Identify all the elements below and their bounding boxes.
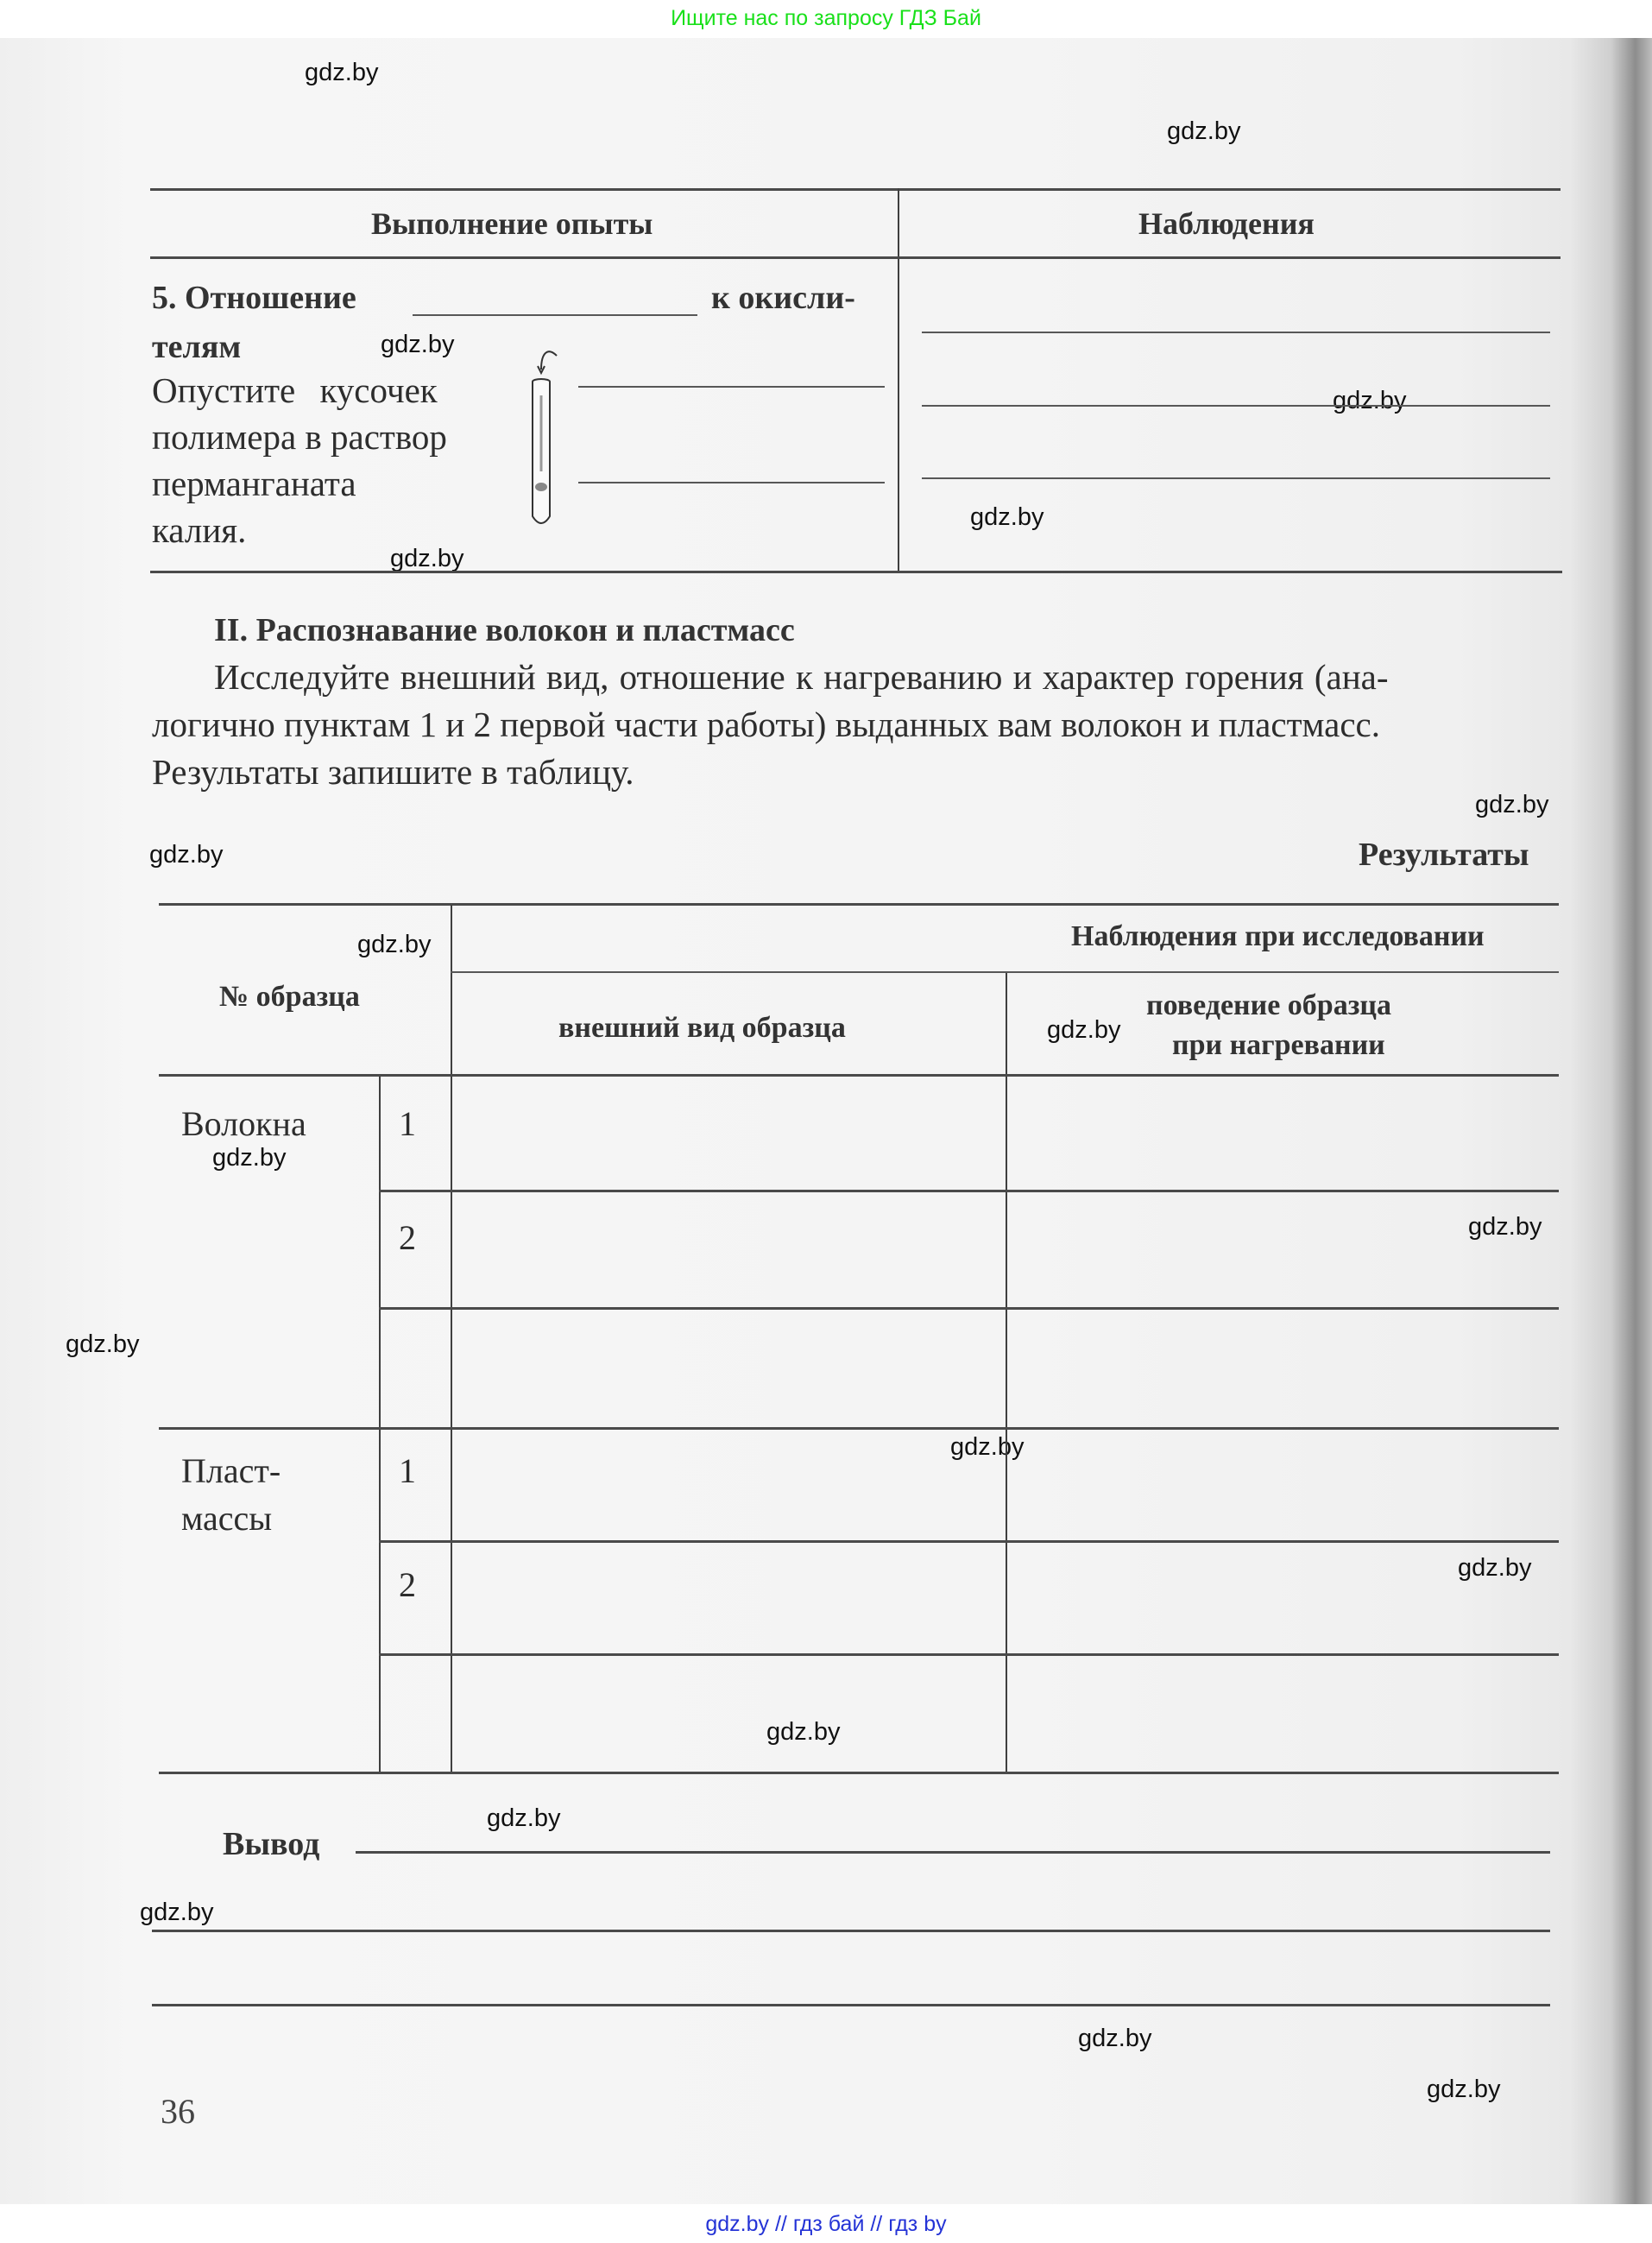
fill-in-blank-substance[interactable] [413, 314, 697, 316]
group-border [159, 1427, 1559, 1430]
sample-number: 2 [399, 1217, 416, 1258]
table-top-border [150, 188, 1561, 191]
conclusion-line[interactable] [152, 2004, 1550, 2006]
instruction-line: Опустите кусочек [152, 370, 438, 411]
group-label-fibers: Волокна [181, 1103, 306, 1144]
watermark: gdz.by [149, 841, 223, 869]
conclusion-line[interactable] [152, 1930, 1550, 1932]
bottom-banner[interactable]: gdz.by // гдз бай // гдз by [0, 2204, 1652, 2243]
watermark: gdz.by [766, 1718, 840, 1747]
row-border [379, 1653, 1559, 1656]
column-divider [451, 905, 452, 1772]
test-tube-icon [522, 344, 574, 534]
group-header-observations: Наблюдения при исследовании [1071, 920, 1485, 953]
section-heading: II. Распознавание волокон и пластмасс [214, 611, 795, 649]
page-number: 36 [161, 2091, 195, 2132]
watermark: gdz.by [390, 545, 463, 573]
sample-number: 1 [399, 1450, 416, 1491]
watermark: gdz.by [212, 1144, 286, 1172]
watermark: gdz.by [305, 59, 378, 87]
watermark: gdz.by [1078, 2025, 1151, 2053]
item-title-part2: к окисли- [711, 279, 855, 317]
group-label-plastics: Пласт- [181, 1450, 281, 1491]
instruction-line: перманганата [152, 463, 356, 504]
observation-line[interactable] [922, 332, 1550, 333]
row-border [379, 1307, 1559, 1310]
row-label-divider [379, 1076, 381, 1772]
row-border [379, 1540, 1559, 1543]
watermark: gdz.by [1167, 117, 1240, 146]
header-bottom-border [159, 1074, 1559, 1077]
sample-number: 2 [399, 1564, 416, 1605]
column-divider [898, 188, 899, 573]
paragraph-line: Исследуйте внешний вид, отношение к нагр… [214, 656, 1389, 698]
table-top-border [159, 903, 1559, 906]
watermark: gdz.by [1333, 387, 1406, 415]
watermark: gdz.by [1475, 791, 1548, 819]
column-header-heating-line1: поведение образца [1146, 989, 1391, 1022]
watermark: gdz.by [950, 1433, 1024, 1462]
header-bottom-border [150, 256, 1561, 259]
item-title-part3: телям [152, 328, 241, 366]
row-border [379, 1190, 1559, 1192]
watermark: gdz.by [357, 931, 431, 959]
observation-line[interactable] [922, 405, 1550, 407]
column-header-procedure: Выполнение опыты [371, 205, 653, 242]
paragraph-line: логично пунктам 1 и 2 первой части работ… [152, 704, 1380, 745]
top-banner[interactable]: Ищите нас по запросу ГДЗ Бай [0, 0, 1652, 38]
watermark: gdz.by [487, 1804, 560, 1833]
answer-line[interactable] [578, 482, 885, 483]
sample-number: 1 [399, 1103, 416, 1144]
conclusion-label: Вывод [223, 1825, 319, 1863]
column-header-appearance: внешний вид образца [558, 1012, 846, 1045]
answer-line[interactable] [578, 386, 885, 388]
paragraph-line: Результаты запишите в таблицу. [152, 751, 634, 793]
item-title-part1: 5. Отношение [152, 279, 356, 317]
watermark: gdz.by [1427, 2076, 1500, 2104]
observation-line[interactable] [922, 477, 1550, 479]
watermark: gdz.by [1458, 1554, 1531, 1583]
watermark: gdz.by [381, 331, 454, 359]
group-header-border [451, 971, 1559, 973]
instruction-line: полимера в раствор [152, 416, 447, 458]
watermark: gdz.by [1468, 1213, 1542, 1242]
watermark: gdz.by [970, 503, 1044, 532]
conclusion-line[interactable] [356, 1851, 1550, 1854]
watermark: gdz.by [140, 1899, 213, 1927]
watermark: gdz.by [1047, 1016, 1120, 1045]
column-header-sample-number: № образца [219, 981, 360, 1014]
instruction-line: калия. [152, 509, 246, 551]
table-bottom-border [150, 571, 1562, 573]
table-caption: Результаты [1359, 836, 1529, 874]
table-bottom-border [159, 1772, 1559, 1774]
column-header-observations: Наблюдения [1138, 205, 1315, 242]
group-label-plastics-cont: массы [181, 1498, 272, 1539]
watermark: gdz.by [66, 1330, 139, 1359]
column-header-heating-line2: при нагревании [1172, 1029, 1385, 1062]
